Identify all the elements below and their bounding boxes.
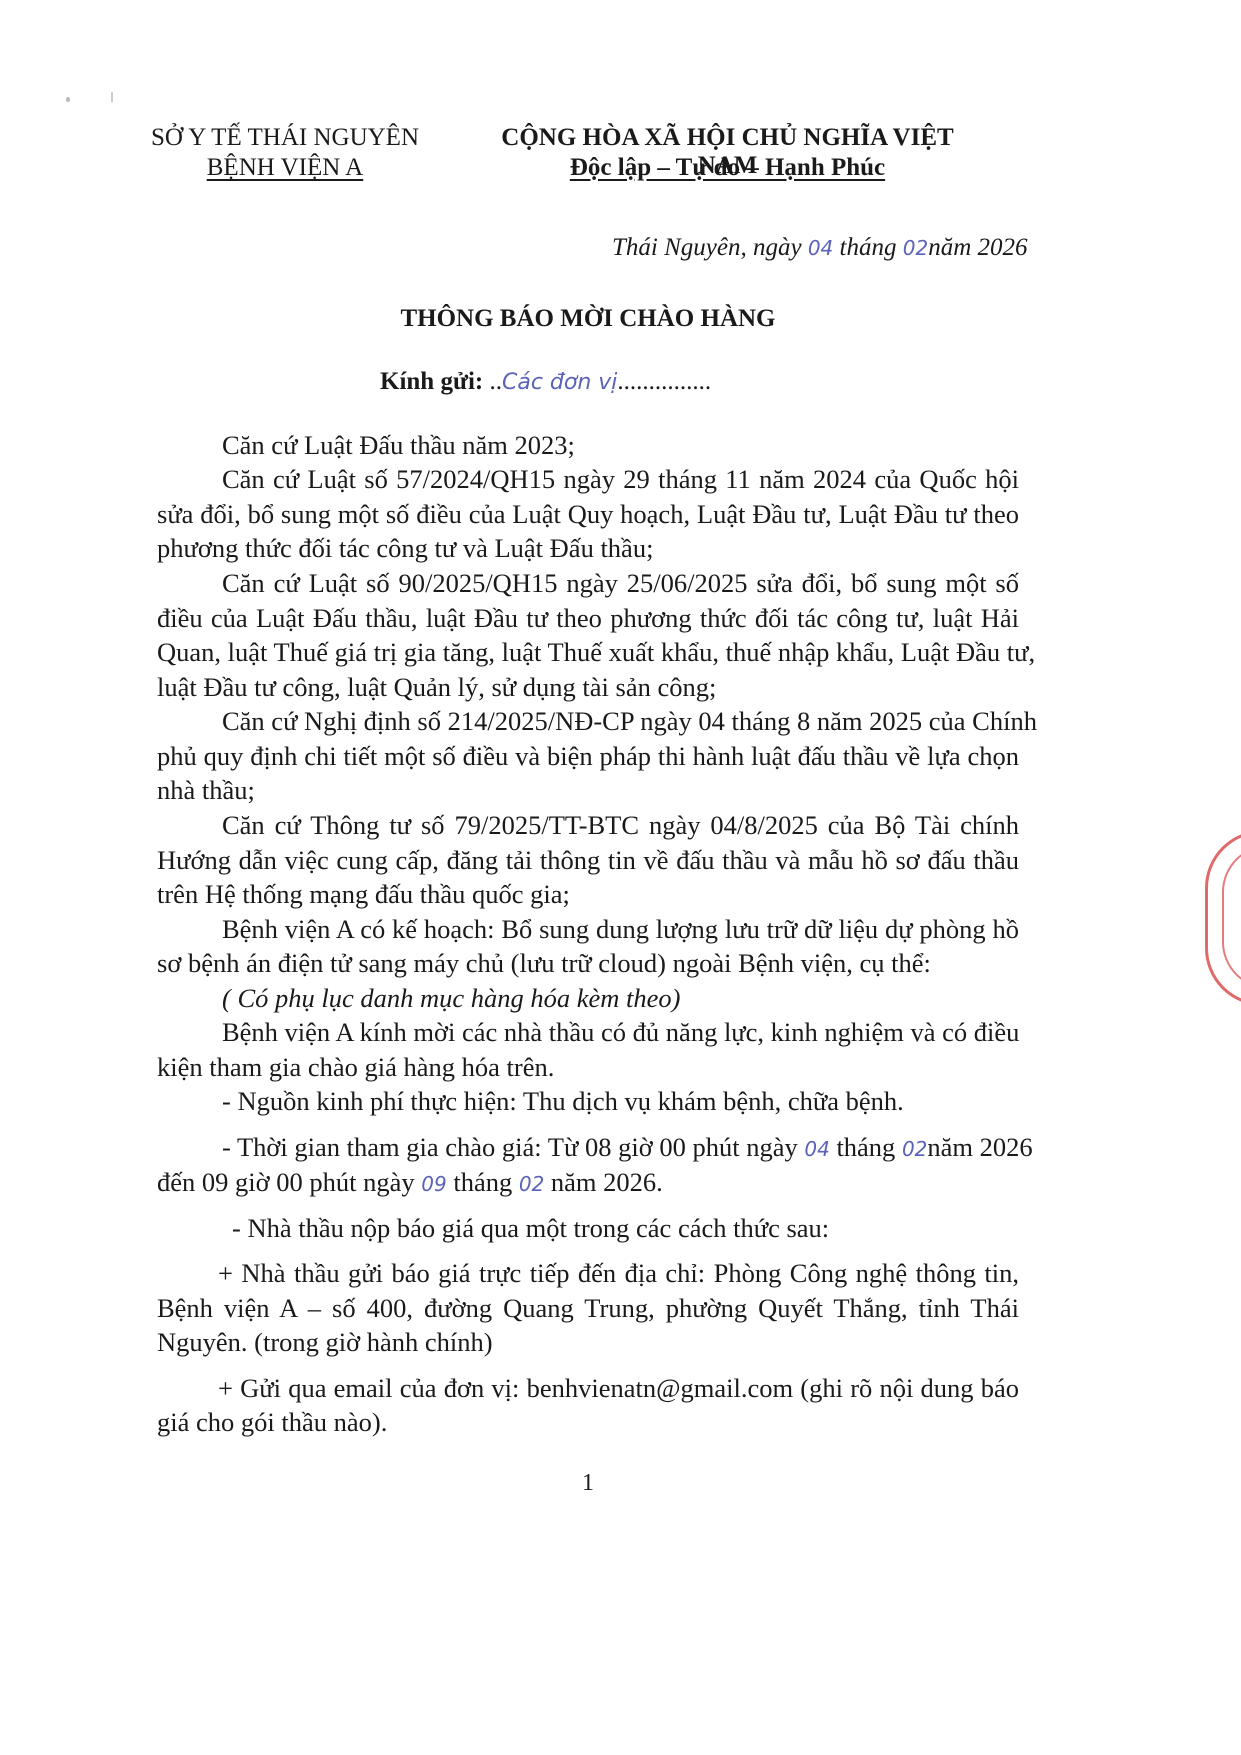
date-day: 04 — [808, 236, 833, 260]
paragraph-7-line-1: Bệnh viện A kính mời các nhà thầu có đủ … — [222, 1017, 1019, 1048]
date-month: 02 — [903, 236, 928, 260]
time-start-prefix: - Thời gian tham gia chào giá: Từ 08 giờ… — [222, 1132, 798, 1162]
paragraph-6-line-1: Bệnh viện A có kế hoạch: Bổ sung dung lư… — [222, 914, 1019, 945]
recipient-handwritten: Các đơn vị — [502, 370, 617, 395]
method-1-line-2: Bệnh viện A – số 400, đường Quang Trung,… — [157, 1293, 1019, 1324]
org-parent: SỞ Y TẾ THÁI NGUYÊN — [150, 124, 420, 152]
date-year: năm 2026 — [928, 234, 1027, 261]
paragraph-6-line-2: sơ bệnh án điện tử sang máy chủ (lưu trữ… — [157, 948, 931, 979]
time-start-year: năm 2026 — [927, 1132, 1032, 1162]
scan-speck — [66, 97, 70, 102]
time-end-day: 09 — [421, 1172, 446, 1196]
paragraph-4-line-3: nhà thầu; — [157, 775, 255, 806]
recipient-dots-after: ............... — [617, 368, 711, 395]
motto-text: Độc lập – Tự do – Hạnh Phúc — [570, 154, 885, 181]
paragraph-4-line-2: phủ quy định chi tiết một số điều và biệ… — [157, 741, 1019, 772]
methods-intro: - Nhà thầu nộp báo giá qua một trong các… — [232, 1213, 829, 1244]
date-month-label: tháng — [840, 234, 897, 261]
paragraph-3-line-3: Quan, luật Thuế giá trị gia tăng, luật T… — [157, 637, 1019, 668]
time-start-day: 04 — [804, 1137, 829, 1161]
appendix-note: ( Có phụ lục danh mục hàng hóa kèm theo) — [222, 983, 681, 1014]
page-number: 1 — [0, 1470, 1176, 1497]
time-end-month-label: tháng — [453, 1167, 512, 1197]
time-line-2: đến 09 giờ 00 phút ngày 09 tháng 02 năm … — [157, 1167, 663, 1198]
method-1-line-1: + Nhà thầu gửi báo giá trực tiếp đến địa… — [218, 1258, 1019, 1289]
recipient-line: Kính gửi: ..Các đơn vị............... — [380, 368, 711, 396]
paragraph-5-line-1: Căn cứ Thông tư số 79/2025/TT-BTC ngày 0… — [222, 810, 1019, 841]
recipient-dots: .. — [489, 368, 502, 395]
paragraph-3-line-4: luật Đầu tư công, luật Quản lý, sử dụng … — [157, 672, 716, 703]
date-line: Thái Nguyên, ngày 04 tháng 02năm 2026 — [612, 234, 1028, 262]
method-1-line-3: Nguyên. (trong giờ hành chính) — [157, 1327, 493, 1358]
scan-speck — [111, 92, 113, 102]
time-start-month-label: tháng — [836, 1132, 895, 1162]
document-title: THÔNG BÁO MỜI CHÀO HÀNG — [0, 305, 1176, 333]
time-end-year: năm 2026. — [551, 1167, 663, 1197]
paragraph-2-line-1: Căn cứ Luật số 57/2024/QH15 ngày 29 thán… — [222, 464, 1019, 495]
paragraph-1: Căn cứ Luật Đấu thầu năm 2023; — [222, 430, 575, 461]
paragraph-5-line-3: trên Hệ thống mạng đấu thầu quốc gia; — [157, 879, 570, 910]
time-end-month: 02 — [519, 1172, 544, 1196]
paragraph-4-line-1: Căn cứ Nghị định số 214/2025/NĐ-CP ngày … — [222, 706, 1019, 737]
date-prefix: Thái Nguyên, ngày — [612, 234, 802, 261]
paragraph-2-line-3: phương thức đối tác công tư và Luật Đấu … — [157, 533, 653, 564]
method-2-line-2: giá cho gói thầu nào). — [157, 1407, 387, 1438]
time-end-prefix: đến 09 giờ 00 phút ngày — [157, 1167, 415, 1197]
org-name: BỆNH VIỆN A — [150, 154, 420, 182]
funding-source: - Nguồn kinh phí thực hiện: Thu dịch vụ … — [222, 1086, 904, 1117]
paragraph-5-line-2: Hướng dẫn việc cung cấp, đăng tải thông … — [157, 845, 1019, 876]
time-line-1: - Thời gian tham gia chào giá: Từ 08 giờ… — [222, 1132, 1033, 1163]
paragraph-2-line-2: sửa đổi, bổ sung một số điều của Luật Qu… — [157, 499, 1019, 530]
time-start-month: 02 — [902, 1137, 927, 1161]
motto: Độc lập – Tự do – Hạnh Phúc — [470, 154, 985, 182]
paragraph-7-line-2: kiện tham gia chào giá hàng hóa trên. — [157, 1052, 554, 1083]
paragraph-3-line-1: Căn cứ Luật số 90/2025/QH15 ngày 25/06/2… — [222, 568, 1019, 599]
recipient-label: Kính gửi: — [380, 368, 483, 395]
paragraph-3-line-2: điều của Luật Đấu thầu, luật Đầu tư theo… — [157, 603, 1019, 634]
method-2-line-1: + Gửi qua email của đơn vị: benhvienatn@… — [218, 1373, 1019, 1404]
